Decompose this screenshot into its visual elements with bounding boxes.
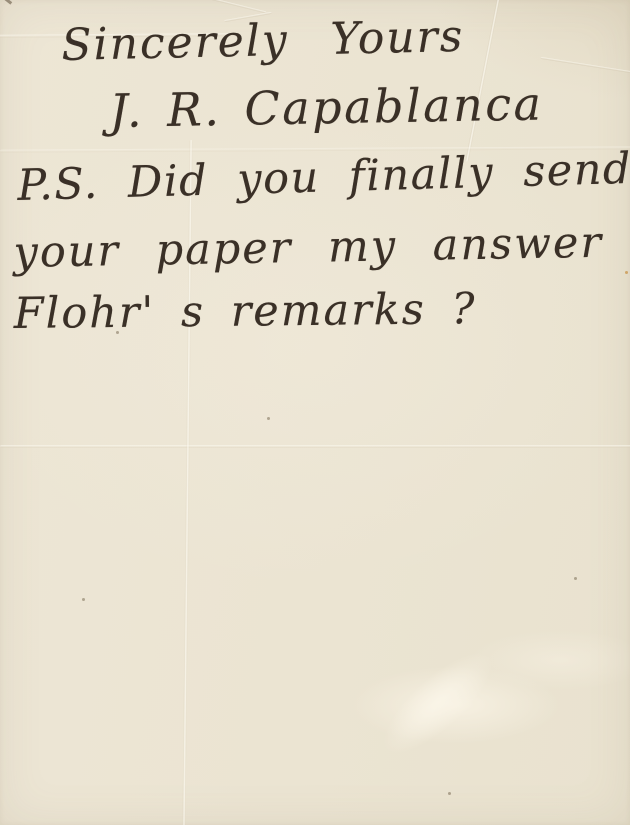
scanned-letter-page: Sincerely Yours J. R. Capablanca P.S. Di… [0, 0, 630, 825]
paper-speck [448, 792, 451, 795]
postscript-line-3: Flohr' s remarks ? [13, 284, 476, 339]
fold-crease-middle [0, 445, 630, 448]
paper-speck-orange [625, 271, 628, 274]
paper-speck [82, 598, 85, 601]
paper-speck [267, 417, 270, 420]
paper-speck [574, 577, 577, 580]
corner-mark [0, 0, 12, 5]
wrinkle-top-center [206, 0, 267, 13]
signature-capablanca: J. R. Capablanca [109, 76, 544, 138]
postscript-line-2: your paper my answer to [13, 216, 630, 278]
postscript-line-1: P.S. Did you finally send [17, 144, 630, 211]
eraser-smudge [342, 609, 535, 798]
wrinkle-right-edge [540, 57, 630, 73]
closing-line: Sincerely Yours [61, 11, 465, 71]
